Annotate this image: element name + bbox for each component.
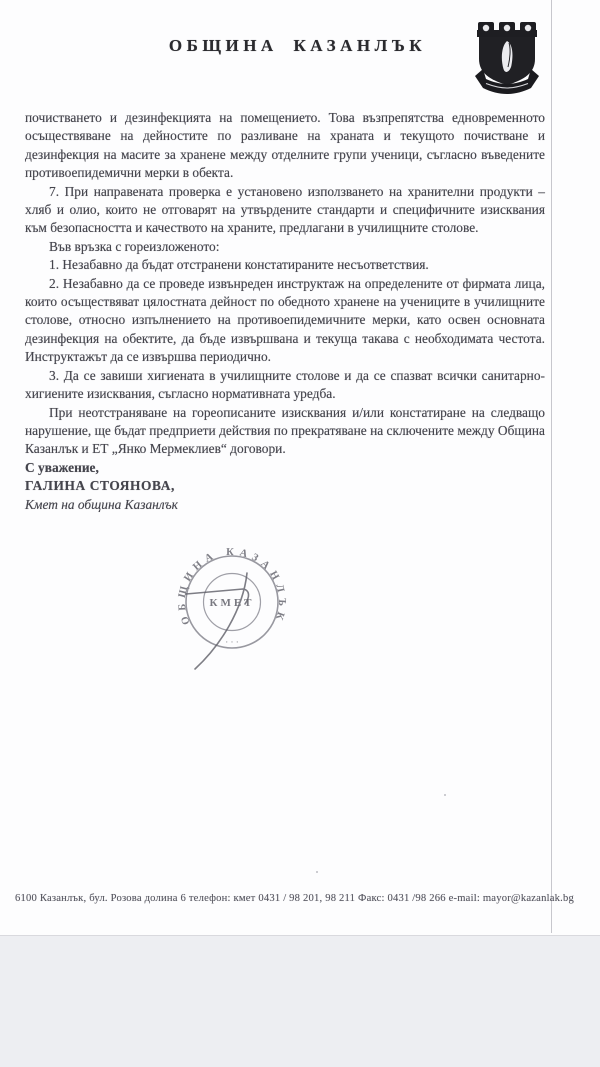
paragraph-warning: При неотстраняване на гореописаните изис…	[25, 404, 545, 459]
document-paper: ОБЩИНА КАЗАНЛЪК почистването и дезинфекц…	[0, 0, 600, 936]
scan-speck	[444, 794, 446, 796]
stamp-bottom-dots: · · ·	[225, 637, 239, 647]
paragraph-measure-2: 2. Незабавно да се проведе извънреден ин…	[25, 275, 545, 367]
paragraph-measure-1: 1. Незабавно да бъдат отстранени констат…	[25, 256, 545, 274]
scan-speck	[316, 871, 318, 873]
scan-edge-line	[551, 0, 552, 933]
paragraph-item-7: 7. При направената проверка е установено…	[25, 183, 545, 238]
signatory-name: ГАЛИНА СТОЯНОВА,	[25, 477, 545, 495]
footer-contact-line: 6100 Казанлък, бул. Розова долина 6 теле…	[15, 893, 545, 904]
closing-salutation: С уважение,	[25, 459, 545, 477]
document-body: почистването и дезинфекцията на помещени…	[25, 109, 545, 514]
paragraph-measure-3: 3. Да се завиши хигиената в училищните с…	[25, 367, 545, 404]
svg-text:ОБЩИНА КАЗАНЛЪК: ОБЩИНА КАЗАНЛЪК	[177, 547, 287, 626]
signatory-title: Кмет на община Казанлък	[25, 496, 545, 514]
stamp-outer-text: ОБЩИНА КАЗАНЛЪК	[177, 547, 287, 626]
kazanlak-coat-of-arms-icon	[474, 21, 540, 107]
crown-battlements	[477, 22, 537, 37]
official-stamp: ОБЩИНА КАЗАНЛЪК КМЕТ · · ·	[150, 540, 300, 690]
paragraph-continuation: почистването и дезинфекцията на помещени…	[25, 109, 545, 183]
paragraph-intro: Във връзка с гореизложеното:	[25, 238, 545, 256]
scanned-document-screenshot: ОБЩИНА КАЗАНЛЪК почистването и дезинфекц…	[0, 0, 600, 1067]
signature-stroke	[186, 573, 249, 669]
